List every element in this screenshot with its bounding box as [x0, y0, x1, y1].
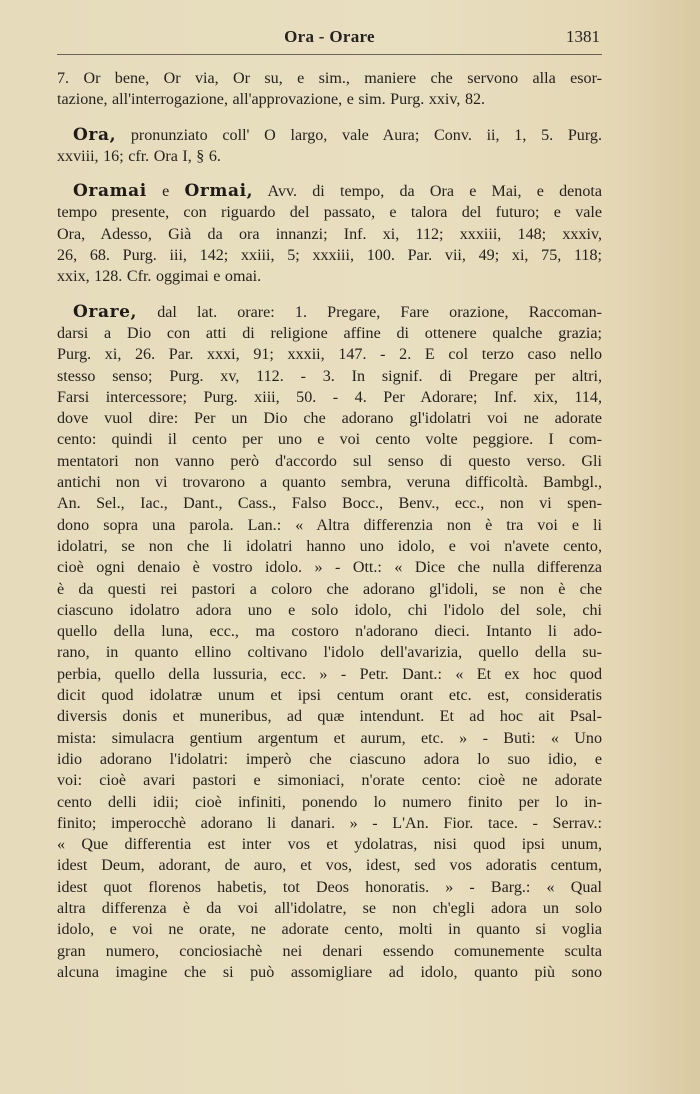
headword-variant: Ormai,	[184, 181, 253, 201]
entry-orare: Orare, dal lat. orare: 1. Pregare, Fare …	[57, 302, 602, 984]
text-line: « Que differentia est inter vos et ydola…	[57, 834, 602, 855]
text-line: tempo presente, con riguardo del passato…	[57, 202, 602, 223]
entry-ora-7: 7. Or bene, Or via, Or su, e sim., manie…	[57, 68, 602, 111]
text-line: Ora, pronunziato coll' O largo, vale Aur…	[57, 125, 602, 146]
text-line: dono sopra una parola. Lan.: « Altra dif…	[57, 515, 602, 536]
headword: Oramai	[73, 181, 147, 201]
running-title: Ora - Orare	[57, 27, 602, 47]
text-line: quello della luna, ecc., ma costoro n'ad…	[57, 621, 602, 642]
text-line: voi: cioè avari pastori e simoniaci, n'o…	[57, 770, 602, 791]
entry-ora: Ora, pronunziato coll' O largo, vale Aur…	[57, 125, 602, 168]
headword: Ora,	[73, 125, 116, 145]
text-line: 26, 68. Purg. iii, 142; xxiii, 5; xxxiii…	[57, 245, 602, 266]
text-line: stesso senso; Purg. xv, 112. - 3. In sig…	[57, 366, 602, 387]
text-line: darsi a Dio con atti di religione affine…	[57, 323, 602, 344]
text-line: altra differenza è da voi all'idolatre, …	[57, 898, 602, 919]
text-line: idolatri, se non che li idolatri hanno u…	[57, 536, 602, 557]
text-line: è da questi rei pastori a coloro che ado…	[57, 579, 602, 600]
entry-oramai: Oramai e Ormai, Avv. di tempo, da Ora e …	[57, 181, 602, 287]
text-line: alcuna imagine che si può assomigliare a…	[57, 962, 602, 983]
text-line: Farsi intercessore; Purg. xiii, 50. - 4.…	[57, 387, 602, 408]
text-line: idio adorano l'idolatri: imperò che cias…	[57, 749, 602, 770]
text-line: cento delli idii; cioè infiniti, ponendo…	[57, 792, 602, 813]
running-header: Ora - Orare 1381	[57, 27, 602, 49]
text-line: idest quot florenos habetis, tot Deos ho…	[57, 877, 602, 898]
text-line: mista: simulacra gentium argentum et aur…	[57, 728, 602, 749]
book-page: Ora - Orare 1381 7. Or bene, Or via, Or …	[57, 27, 602, 983]
text-line: dove vuol dire: Per un Dio che adorano g…	[57, 408, 602, 429]
text-line: gran numero, conciosiachè nei denari ess…	[57, 941, 602, 962]
text-line: xxix, 128. Cfr. oggimai e omai.	[57, 266, 602, 287]
text-line: Ora, Adesso, Già da ora innanzi; Inf. xi…	[57, 224, 602, 245]
text-line: idest Deum, adorant, de auro, et vos, id…	[57, 855, 602, 876]
text-line: An. Sel., Iac., Dant., Cass., Falso Bocc…	[57, 493, 602, 514]
text-line: Orare, dal lat. orare: 1. Pregare, Fare …	[57, 302, 602, 323]
text-line: finito; imperocchè adorano li danari. » …	[57, 813, 602, 834]
text-line: tazione, all'interrogazione, all'approva…	[57, 89, 602, 110]
text-line: rano, in quanto ellino coltivano l'idolo…	[57, 642, 602, 663]
text-line: xxviii, 16; cfr. Ora I, § 6.	[57, 146, 602, 167]
header-rule	[57, 54, 602, 55]
text-line: mentatori non vanno però d'accordo sul s…	[57, 451, 602, 472]
text-line: perbia, quello della lussuria, ecc. » - …	[57, 664, 602, 685]
text-line: antichi non vi trovarono a quanto sembra…	[57, 472, 602, 493]
text-line: Purg. xi, 26. Par. xxxi, 91; xxxii, 147.…	[57, 344, 602, 365]
text-line: Oramai e Ormai, Avv. di tempo, da Ora e …	[57, 181, 602, 202]
page-number: 1381	[566, 27, 600, 47]
text-line: ciascuno idolatro adora uno e solo idolo…	[57, 600, 602, 621]
headword: Orare,	[73, 302, 137, 322]
text-line: dicit quod idolatræ unum et ipsi centum …	[57, 685, 602, 706]
text-line: cioè ogni denaio è vostro idolo. » - Ott…	[57, 557, 602, 578]
text-line: 7. Or bene, Or via, Or su, e sim., manie…	[57, 68, 602, 89]
text-line: cento: quindi il cento per uno e voi cen…	[57, 429, 602, 450]
text-line: diversis donis et muneribus, ad quæ inte…	[57, 706, 602, 727]
text-line: idolo, e voi ne orate, ne adorate cento,…	[57, 919, 602, 940]
